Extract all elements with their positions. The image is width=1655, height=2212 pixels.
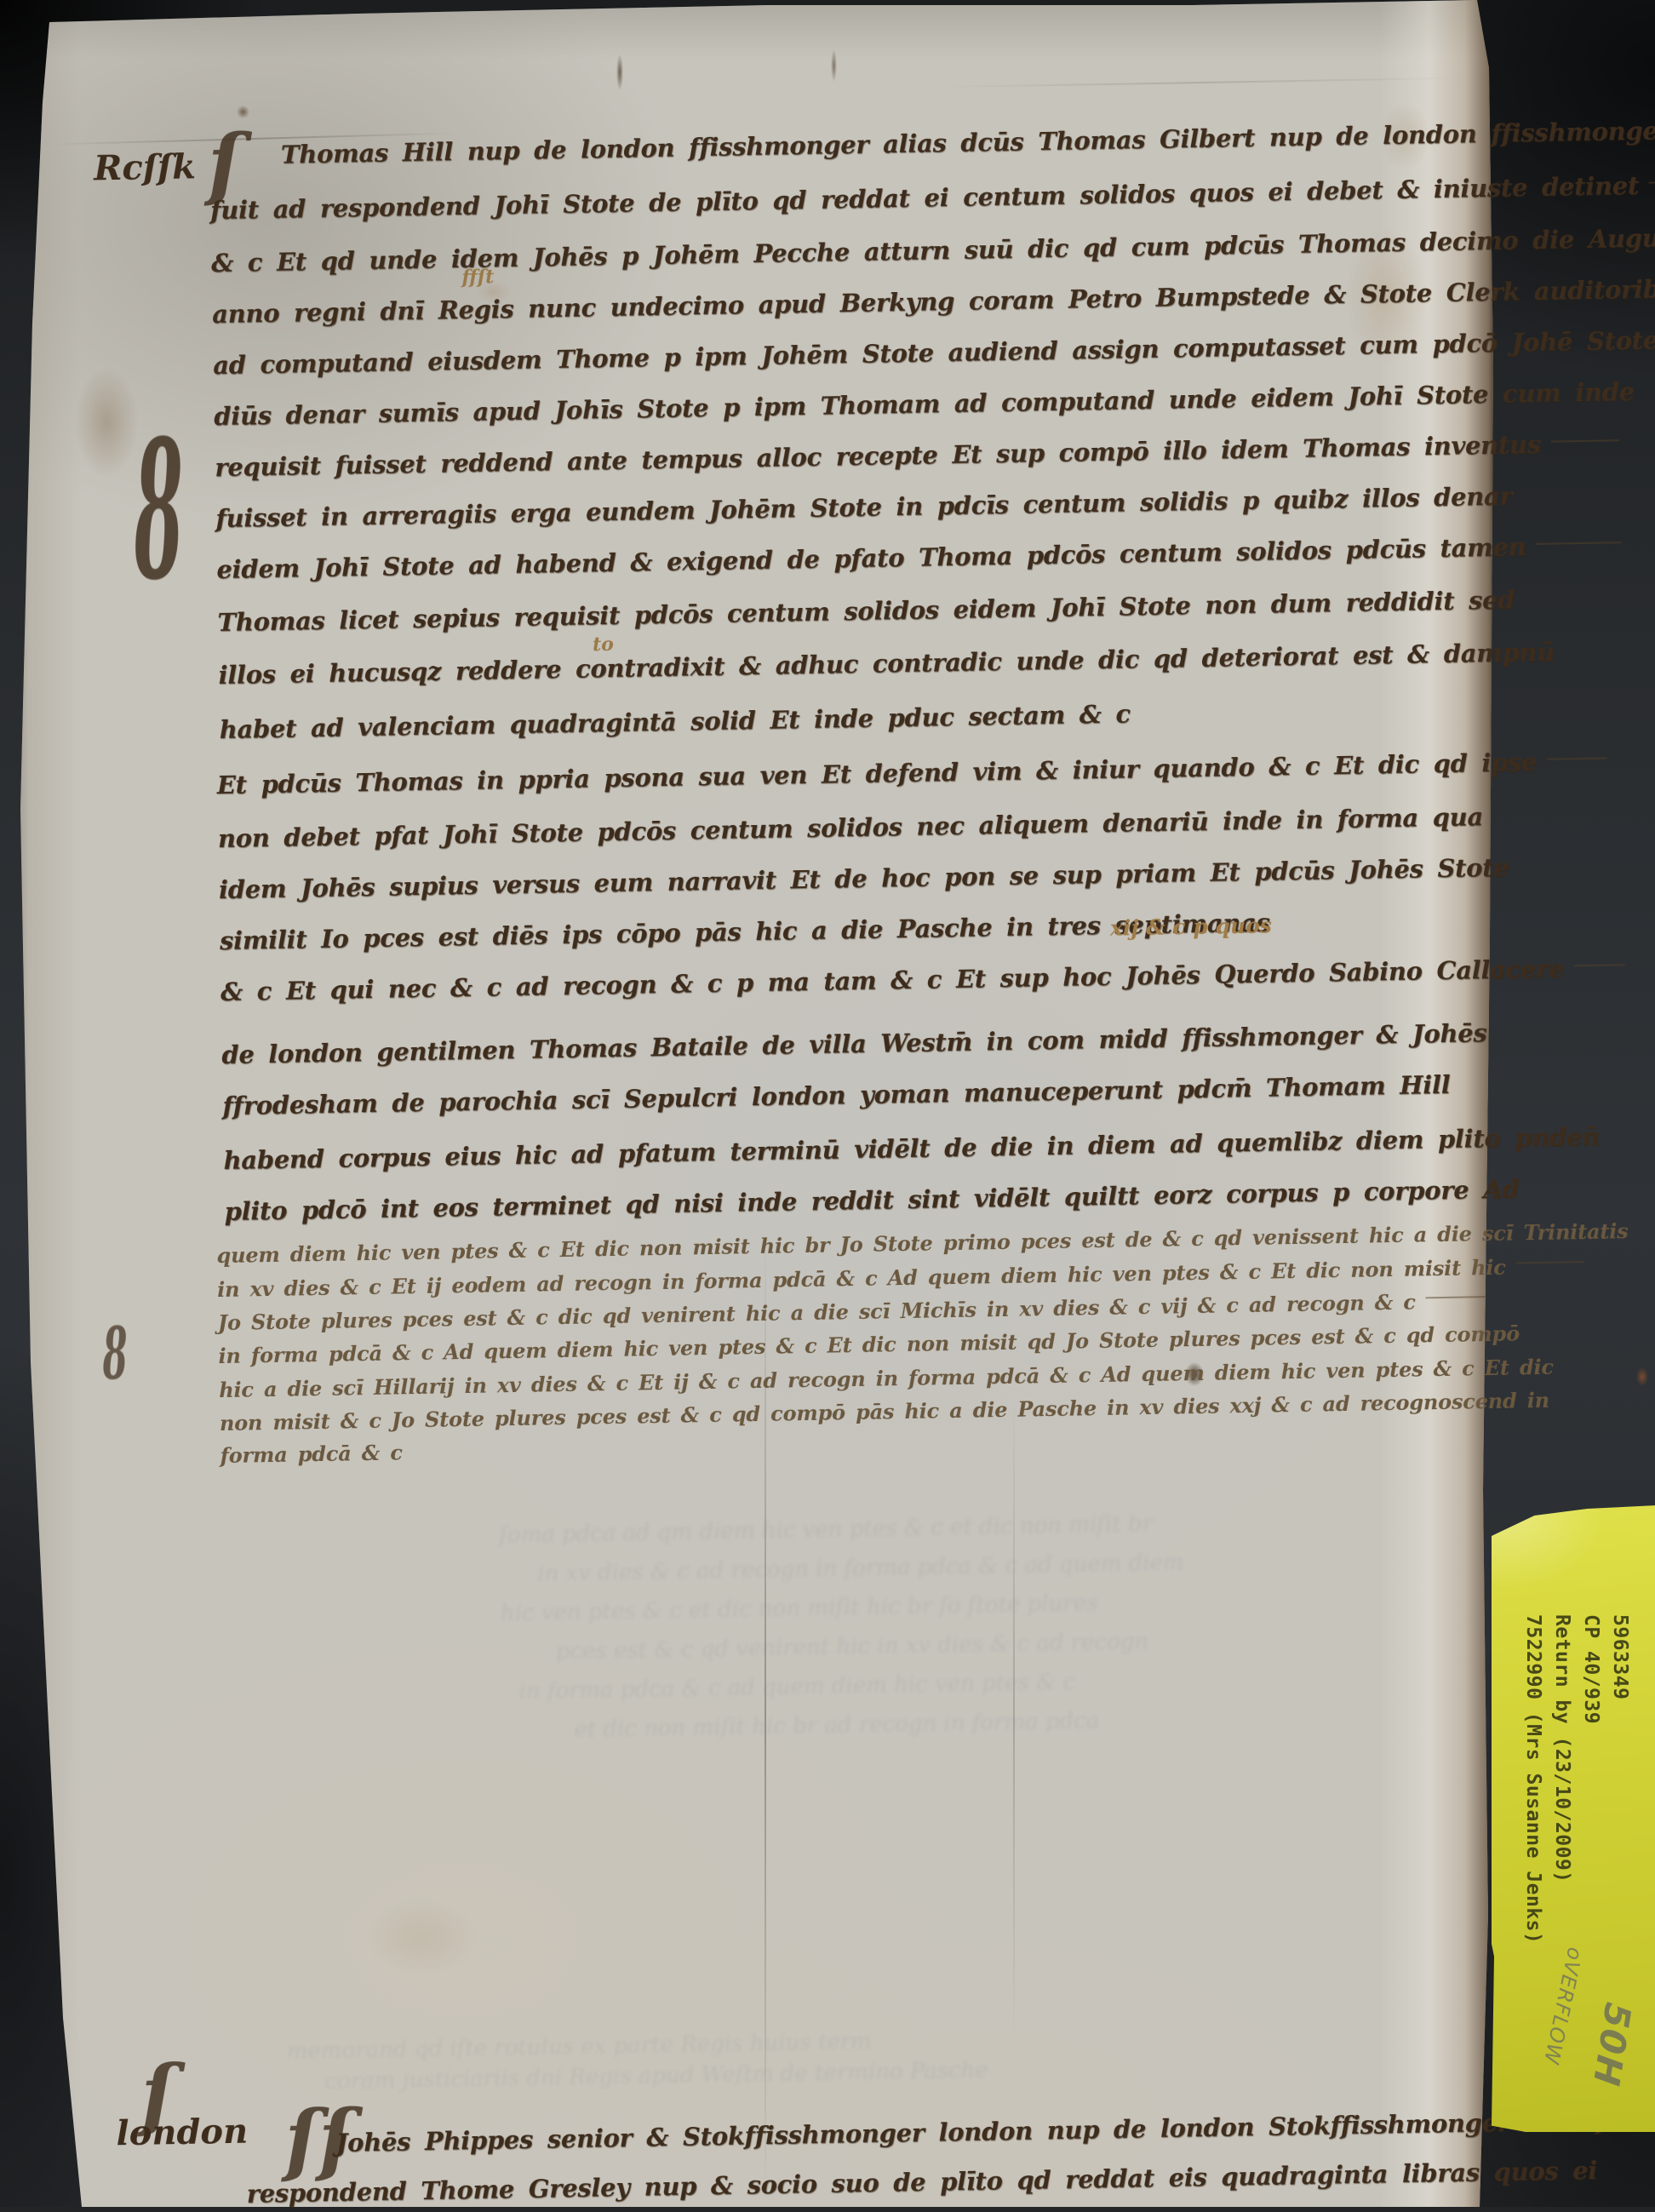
manuscript-line: anno regni dnī Regis nunc undecimo apud … xyxy=(212,274,1655,329)
margin-flourish-small: 8 xyxy=(102,1311,129,1396)
manuscript-line: habend corpus eius hic ad pfatum terminū… xyxy=(223,1122,1600,1175)
manuscript-line: & c Et qd unde idem Johēs p Johēm Pecche… xyxy=(211,223,1655,278)
show-through: in xv dies & c ad recogn in forma pdca &… xyxy=(537,1550,1184,1586)
show-through: memorand qd iſte rotulus ex parte Regis … xyxy=(287,2029,872,2065)
show-through: et dic non miſit hic br ad recogn in for… xyxy=(574,1708,1099,1743)
line-tail-stroke xyxy=(1536,542,1621,545)
manuscript-line: fuisset in arreragiis erga eundem Johēm … xyxy=(215,481,1513,533)
sticky-note: 5963349 CP 40/939 Return by (23/10/2009)… xyxy=(1492,1505,1655,2132)
show-through: in forma pdca & c ad quem diem hic ven p… xyxy=(518,1670,1075,1705)
interlineation: to xyxy=(593,633,614,656)
margin-annotation-top: Rcſſk xyxy=(94,146,197,188)
manuscript-line: non debet pfat Johī Stote pdcōs centum s… xyxy=(218,802,1484,853)
manuscript-line: Johēs Phippes senior & Stokffisshmonger … xyxy=(335,2103,1655,2157)
tan-addition: xij & c p quos xyxy=(1110,913,1272,940)
manuscript-line: habet ad valenciam quadragintā solid Et … xyxy=(219,699,1131,744)
line-tail-stroke xyxy=(1516,1261,1584,1264)
manuscript-line: fuit ad respondend Johī Stote de plīto q… xyxy=(210,169,1655,225)
manuscript-text-layer: RcſſkſThomas Hill nup de london ffisshmo… xyxy=(0,0,1655,2207)
margin-flourish: 8 xyxy=(132,399,186,623)
manuscript-line: Thomas Hill nup de london ffisshmonger a… xyxy=(281,115,1655,169)
manuscript-line: Et pdcūs Thomas in ppria psona sua ven E… xyxy=(217,747,1607,799)
line-tail-stroke xyxy=(1426,1296,1486,1298)
manuscript-line: eidem Johī Stote ad habend & exigend de … xyxy=(216,530,1622,584)
manuscript-line: ffrodesham de parochia scī Sepulcri lond… xyxy=(222,1070,1451,1120)
show-through: hic ven ptes & c et dic non miſit hic br… xyxy=(501,1590,1098,1626)
manuscript-line: diūs denar sumīs apud Johīs Stote p ipm … xyxy=(214,377,1635,431)
manuscript-line: Thomas licet sepius requisit pdcōs centu… xyxy=(217,585,1515,637)
manuscript-line: ad computand eiusdem Thome p ipm Johēm S… xyxy=(213,324,1655,380)
manuscript-line: de london gentilmen Thomas Bataile de vi… xyxy=(221,1018,1487,1069)
show-through: pces est & c qd venirent hic in xv dies … xyxy=(555,1629,1148,1665)
manuscript-line: forma pdcā & c xyxy=(220,1440,403,1468)
line-tail-stroke xyxy=(1649,181,1655,184)
line-tail-stroke xyxy=(1574,964,1625,966)
margin-annotation-london: london xyxy=(116,2112,248,2154)
interlineation: ffſt xyxy=(461,266,494,289)
manuscript-line: idem Johēs supius versus eum narravit Et… xyxy=(219,853,1509,904)
manuscript-line: & c Et qui nec & c ad recogn & c p ma ta… xyxy=(220,953,1626,1006)
show-through: coram justiciariis dni Regis apud Weſtm … xyxy=(324,2057,988,2095)
sticky-note-rotated-text: 5963349 CP 40/939 Return by (23/10/2009)… xyxy=(1495,1510,1653,2127)
manuscript-line: illos ei hucusqz reddere contradixit & a… xyxy=(218,638,1555,690)
manuscript-line: requisit fuisset reddend ante tempus all… xyxy=(215,428,1619,482)
show-through: ſoma pdca ad qm diem hic ven ptes & c et… xyxy=(499,1511,1153,1548)
line-tail-stroke xyxy=(1547,758,1606,760)
line-tail-stroke xyxy=(1551,439,1619,442)
manuscript-line: plito pdcō int eos terminet qd nisi inde… xyxy=(224,1174,1519,1226)
